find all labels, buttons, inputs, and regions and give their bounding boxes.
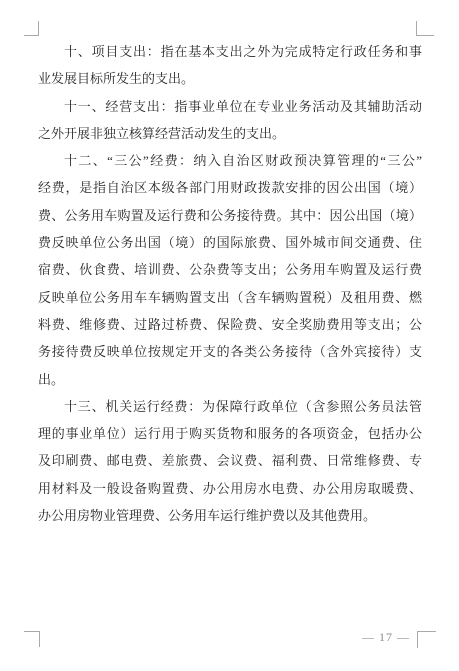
paragraph-three-public-funds: 十二、“三公”经费：纳入自治区财政预决算管理的“三公” 经费，是指自治区本级各部… (38, 147, 422, 393)
text-line: 用材料及一般设备购置费、办公用房水电费、办公用房取暖费、 (38, 475, 422, 502)
paragraph-project-expenditure: 十、项目支出：指在基本支出之外为完成特定行政任务和事 业发展目标所发生的支出。 (38, 38, 422, 93)
text-line: 之外开展非独立核算经营活动发生的支出。 (38, 120, 422, 147)
text-line: 反映单位公务用车车辆购置支出（含车辆购置税）及租用费、燃 (38, 284, 422, 311)
text-line: 及印刷费、邮电费、差旅费、会议费、福利费、日常维修费、专 (38, 447, 422, 474)
text-boundary-mark-top-left (24, 21, 39, 36)
text-line: 十二、“三公”经费：纳入自治区财政预决算管理的“三公” (38, 147, 422, 174)
text-line: 理的事业单位）运行用于购买货物和服务的各项资金，包括办公 (38, 420, 422, 447)
text-boundary-mark-top-right (416, 21, 434, 36)
text-line: 业发展目标所发生的支出。 (38, 65, 422, 92)
text-line: 十一、经营支出：指事业单位在专业业务活动及其辅助活动 (38, 93, 422, 120)
text-line: 费反映单位公务出国（境）的国际旅费、国外城市间交通费、住 (38, 229, 422, 256)
text-line: 十、项目支出：指在基本支出之外为完成特定行政任务和事 (38, 38, 422, 65)
text-line: 料费、维修费、过路过桥费、保险费、安全奖励费用等支出；公 (38, 311, 422, 338)
text-line: 务接待费反映单位按规定开支的各类公务接待（含外宾接待）支 (38, 338, 422, 365)
page-number: — 17 — (352, 629, 420, 645)
document-body: 十、项目支出：指在基本支出之外为完成特定行政任务和事 业发展目标所发生的支出。 … (38, 38, 422, 529)
text-line: 宿费、伙食费、培训费、公杂费等支出；公务用车购置及运行费 (38, 256, 422, 283)
text-line: 十三、机关运行经费：为保障行政单位（含参照公务员法管 (38, 393, 422, 420)
paragraph-agency-operating-funds: 十三、机关运行经费：为保障行政单位（含参照公务员法管 理的事业单位）运行用于购买… (38, 393, 422, 529)
document-page: 十、项目支出：指在基本支出之外为完成特定行政任务和事 业发展目标所发生的支出。 … (0, 0, 459, 671)
text-line: 费、公务用车购置及运行费和公务接待费。其中：因公出国（境） (38, 202, 422, 229)
paragraph-operating-expenditure: 十一、经营支出：指事业单位在专业业务活动及其辅助活动 之外开展非独立核算经营活动… (38, 93, 422, 148)
text-line: 经费，是指自治区本级各部门用财政拨款安排的因公出国（境） (38, 174, 422, 201)
text-line: 办公用房物业管理费、公务用车运行维护费以及其他费用。 (38, 502, 422, 529)
text-line: 出。 (38, 366, 422, 393)
text-boundary-mark-bottom-left (24, 631, 40, 647)
